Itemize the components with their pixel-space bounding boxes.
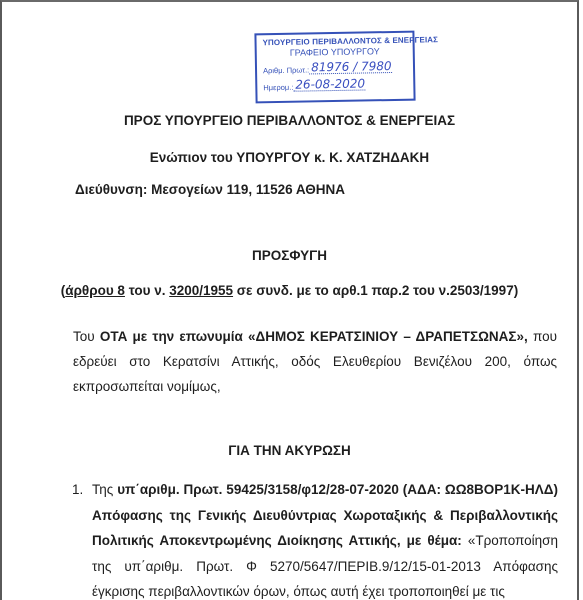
section-heading: ΓΙΑ ΤΗΝ ΑΚΥΡΩΣΗ	[2, 443, 577, 458]
applicant-paragraph: Του ΟΤΑ με την επωνυμία «ΔΗΜΟΣ ΚΕΡΑΤΣΙΝΙ…	[73, 324, 557, 399]
document-page: ΥΠΟΥΡΓΕΙΟ ΠΕΡΙΒΑΛΛΟΝΤΟΣ & ΕΝΕΡΓΕΙΑΣ ΓΡΑΦ…	[0, 0, 579, 600]
applicant-name: ΟΤΑ με την επωνυμία «ΔΗΜΟΣ ΚΕΡΑΤΣΙΝΙΟΥ –…	[100, 329, 528, 344]
legal-basis-mid: του ν.	[125, 283, 169, 298]
stamp-date-row: Ημερομ.: 26-08-2020	[263, 77, 407, 93]
document-title: ΠΡΟΣΦΥΓΗ	[2, 248, 577, 263]
legal-basis-article: άρθρου 8	[65, 283, 125, 298]
applicant-prefix: Του	[73, 329, 100, 344]
list-item-number: 1.	[72, 477, 83, 503]
address-line: Διεύθυνση: Μεσογείων 119, 11526 ΑΘΗΝΑ	[75, 182, 345, 197]
addressee-line: ΠΡΟΣ ΥΠΟΥΡΓΕΙΟ ΠΕΡΙΒΑΛΛΟΝΤΟΣ & ΕΝΕΡΓΕΙΑΣ	[2, 113, 577, 128]
legal-basis-law: 3200/1955	[169, 283, 233, 298]
list-item: 1. Της υπ΄αριθμ. Πρωτ. 59425/3158/φ12/28…	[92, 477, 558, 600]
stamp-protocol-label: Αριθμ. Πρωτ.:	[263, 65, 309, 75]
stamp-office: ΓΡΑΦΕΙΟ ΥΠΟΥΡΓΟΥ	[263, 46, 407, 59]
legal-basis-rest: σε συνδ. με το αρθ.1 παρ.2 του ν.2503/19…	[233, 283, 518, 298]
protocol-stamp: ΥΠΟΥΡΓΕΙΟ ΠΕΡΙΒΑΛΛΟΝΤΟΣ & ΕΝΕΡΓΕΙΑΣ ΓΡΑΦ…	[254, 31, 415, 104]
stamp-protocol-row: Αριθμ. Πρωτ.: 81976 / 7980	[263, 60, 407, 76]
stamp-date-value: 26-08-2020	[293, 77, 365, 91]
stamp-protocol-value: 81976 / 7980	[309, 60, 392, 74]
list-item-prefix: Της	[92, 482, 117, 497]
minister-line: Ενώπιον του ΥΠΟΥΡΓΟΥ κ. Κ. ΧΑΤΖΗΔΑΚΗ	[2, 150, 577, 165]
legal-basis: (άρθρου 8 του ν. 3200/1955 σε συνδ. με τ…	[2, 283, 577, 298]
stamp-date-label: Ημερομ.:	[263, 83, 293, 93]
